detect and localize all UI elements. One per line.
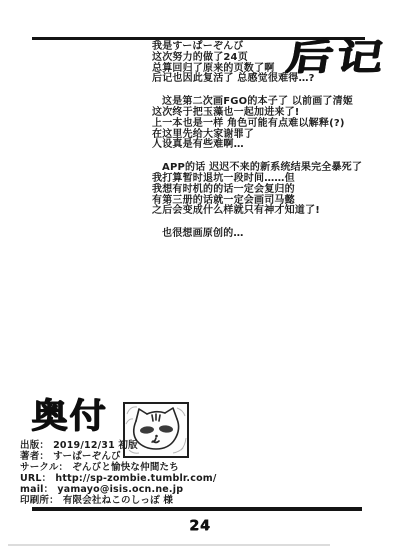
page-number: 24 — [0, 518, 400, 534]
colophon-label: 出版： — [20, 440, 49, 451]
colophon-label: URL： — [20, 473, 51, 484]
colophon-value: すーぱーぞんび — [53, 451, 121, 462]
colophon-value: 有限会社ねこのしっぽ 様 — [63, 495, 173, 506]
colophon-label: サークル： — [20, 462, 68, 473]
colophon-entry-url: URL：http://sp-zombie.tumblr.com/ — [20, 473, 217, 484]
colophon-value: http://sp-zombie.tumblr.com/ — [55, 473, 216, 484]
colophon-value: 2019/12/31 初版 — [53, 440, 138, 451]
afterword-line: 后记也因此复活了 总感觉很难得…? — [152, 74, 388, 85]
afterword-line: 也很想画原创的… — [152, 229, 388, 240]
colophon-entry-published: 出版：2019/12/31 初版 — [20, 440, 217, 451]
afterword-line: 上一本也是一样 角色可能有点难以解释(?) — [152, 119, 388, 130]
colophon-entry-author: 著者：すーぱーぞんび — [20, 451, 217, 462]
afterword-paragraph-1: 我是すーぱーぞんび 这次努力的做了24页 总算回归了原来的页数了啊 后记也因此复… — [152, 42, 388, 85]
afterword-line: 人设真是有些难啊… — [152, 140, 388, 151]
afterword-paragraph-2: 这是第二次画FGO的本子了 以前画了清姬 这次终于把玉藻也一起加进来了! 上一本… — [152, 97, 388, 151]
colophon-entry-mail: mail：yamayo@isis.ocn.ne.jp — [20, 484, 217, 495]
colophon-value: yamayo@isis.ocn.ne.jp — [57, 484, 183, 495]
colophon-label: mail： — [20, 484, 53, 495]
afterword-line: 我想有时机的的话一定会复归的 — [152, 185, 388, 196]
colophon-entries: 出版：2019/12/31 初版 著者：すーぱーぞんび サークル：ぞんびと愉快な… — [20, 440, 217, 506]
afterword-line: 之后会变成什么样就只有神才知道了! — [152, 206, 388, 217]
colophon-label: 著者： — [20, 451, 49, 462]
afterword-text-block: 我是すーぱーぞんび 这次努力的做了24页 总算回归了原来的页数了啊 后记也因此复… — [152, 42, 388, 252]
bottom-divider-rule — [32, 507, 362, 511]
colophon-title: 奥付 — [31, 399, 107, 433]
colophon-entry-printer: 印刷所：有限会社ねこのしっぽ 様 — [20, 495, 217, 506]
colophon-value: ぞんびと愉快な仲間たち — [72, 462, 179, 473]
colophon-entry-circle: サークル：ぞんびと愉快な仲間たち — [20, 462, 217, 473]
colophon-label: 印刷所： — [20, 495, 59, 506]
afterword-paragraph-3: APP的话 迟迟不来的新系统结果完全暴死了 我打算暂时退坑一段时间……但 我想有… — [152, 163, 388, 217]
doujinshi-afterword-page: 后记 我是すーぱーぞんび 这次努力的做了24页 总算回归了原来的页数了啊 后记也… — [0, 0, 400, 550]
afterword-line: 这次努力的做了24页 — [152, 53, 388, 64]
afterword-paragraph-4: 也很想画原创的… — [152, 229, 388, 240]
scan-artifact-line — [8, 544, 330, 546]
